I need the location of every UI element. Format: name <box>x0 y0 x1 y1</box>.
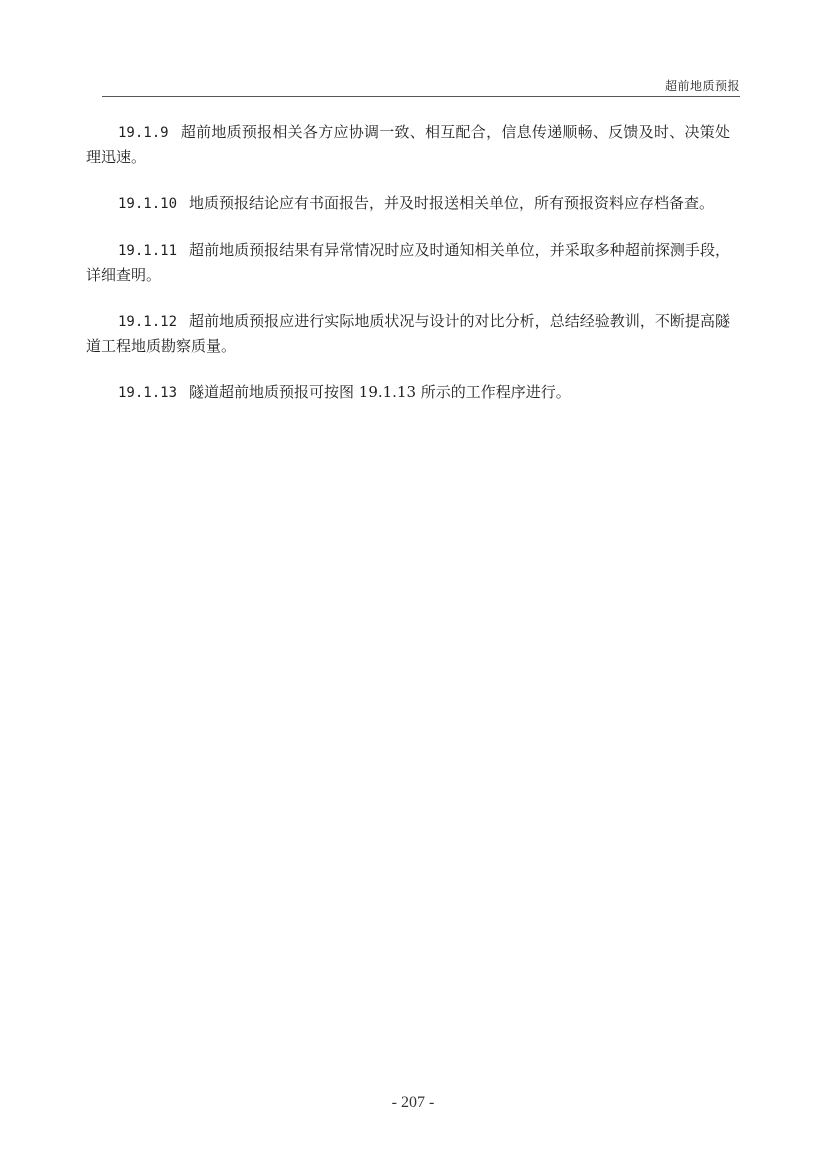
clause-number: 19.1.13 <box>118 385 177 401</box>
clause-19-1-11: 19.1.11超前地质预报结果有异常情况时应及时通知相关单位，并采取多种超前探测… <box>86 238 730 287</box>
document-body: 19.1.9超前地质预报相关各方应协调一致、相互配合，信息传递顺畅、反馈及时、决… <box>86 120 730 427</box>
clause-number: 19.1.10 <box>118 196 177 212</box>
clause-number: 19.1.12 <box>118 314 177 330</box>
page-number: - 207 - <box>0 1094 826 1112</box>
running-header-title: 超前地质预报 <box>665 78 740 94</box>
clause-number: 19.1.11 <box>118 243 177 259</box>
page-header: 超前地质预报 <box>102 76 740 96</box>
clause-19-1-9: 19.1.9超前地质预报相关各方应协调一致、相互配合，信息传递顺畅、反馈及时、决… <box>86 120 730 169</box>
clause-number: 19.1.9 <box>118 125 169 141</box>
clause-text: 隧道超前地质预报可按图 19.1.13 所示的工作程序进行。 <box>189 383 571 401</box>
clause-19-1-12: 19.1.12超前地质预报应进行实际地质状况与设计的对比分析，总结经验教训，不断… <box>86 309 730 358</box>
header-divider <box>102 96 740 97</box>
clause-text: 超前地质预报结果有异常情况时应及时通知相关单位，并采取多种超前探测手段，详细查明… <box>86 241 730 284</box>
clause-text: 超前地质预报应进行实际地质状况与设计的对比分析，总结经验教训，不断提高隧道工程地… <box>86 312 730 355</box>
clause-19-1-10: 19.1.10地质预报结论应有书面报告，并及时报送相关单位，所有预报资料应存档备… <box>86 191 730 216</box>
clause-19-1-13: 19.1.13隧道超前地质预报可按图 19.1.13 所示的工作程序进行。 <box>86 380 730 405</box>
clause-text: 超前地质预报相关各方应协调一致、相互配合，信息传递顺畅、反馈及时、决策处理迅速。 <box>86 123 730 166</box>
clause-text: 地质预报结论应有书面报告，并及时报送相关单位，所有预报资料应存档备查。 <box>189 194 714 212</box>
